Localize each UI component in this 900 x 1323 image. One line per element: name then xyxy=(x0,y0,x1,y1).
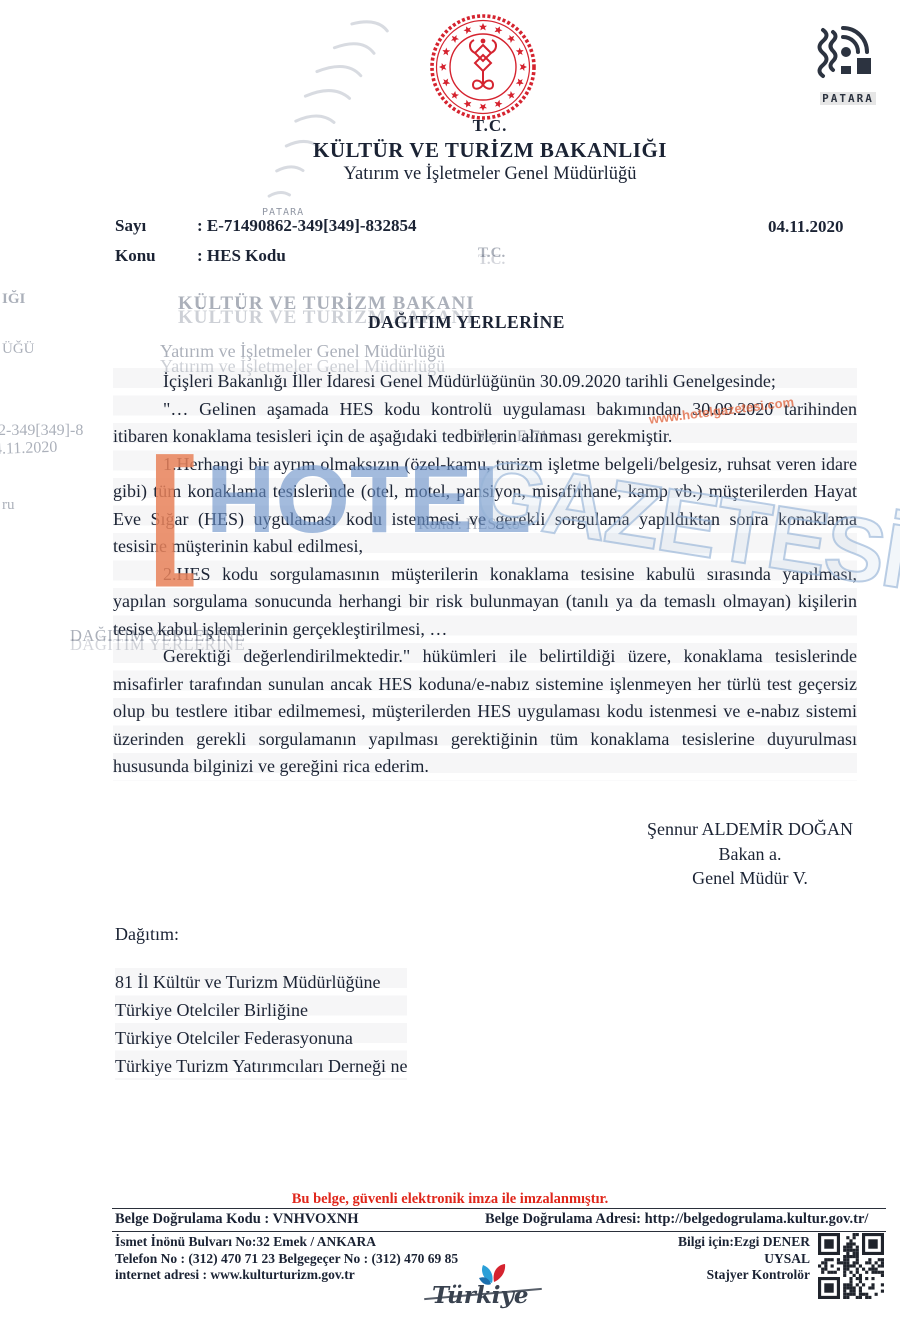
distribution-item: Türkiye Otelciler Federasyonuna xyxy=(115,1024,407,1052)
website-link[interactable]: internet adresi : www.kulturturizm.gov.t… xyxy=(115,1267,458,1284)
ghost-text: 04.11.2020 xyxy=(0,439,58,459)
verification-code: Belge Doğrulama Kodu : VNHVOXNH xyxy=(115,1211,485,1228)
sayi-value: : E-71490862-349[349]-832854 xyxy=(197,216,417,236)
department-title: Yatırım ve İşletmeler Genel Müdürlüğü xyxy=(0,164,900,185)
address-line: İsmet İnönü Bulvarı No:32 Emek / ANKARA xyxy=(115,1234,458,1251)
paragraph: İçişleri Bakanlığı İller İdaresi Genel M… xyxy=(113,368,857,396)
distribution-list: 81 İl Kültür ve Turizm Müdürlüğüne Türki… xyxy=(115,968,407,1080)
document-date: 04.11.2020 xyxy=(768,217,844,237)
esignature-note: Bu belge, güvenli elektronik imza ile im… xyxy=(0,1191,900,1208)
verification-row: Belge Doğrulama Kodu : VNHVOXNH Belge Do… xyxy=(115,1211,885,1228)
qr-code xyxy=(818,1233,884,1299)
ministry-title: KÜLTÜR VE TURİZM BAKANLIĞI xyxy=(0,138,900,163)
distribution-item: Türkiye Turizm Yatırımcıları Derneği ne xyxy=(115,1052,407,1080)
sayi-row: Sayı : E-71490862-349[349]-832854 xyxy=(115,216,417,236)
ministry-seal-icon xyxy=(428,12,538,122)
contact-line: UYSAL xyxy=(560,1251,810,1268)
paragraph: "… Gelinen aşamada HES kodu kontrolü uyg… xyxy=(113,396,857,451)
patara-mark-icon xyxy=(813,22,883,84)
contact-line: Stajyer Kontrolör xyxy=(560,1267,810,1284)
patara-label: PATARA xyxy=(820,92,876,105)
ghost-text: IĞI xyxy=(2,291,25,308)
verification-address-link[interactable]: Belge Doğrulama Adresi: http://belgedogr… xyxy=(485,1211,868,1228)
signer-title2: Genel Müdür V. xyxy=(612,866,888,891)
recipient-line: DAĞITIM YERLERİNE xyxy=(368,312,565,333)
signer-name: Şennur ALDEMİR DOĞAN xyxy=(612,817,888,842)
sayi-label: Sayı xyxy=(115,216,197,236)
signer-title1: Bakan a. xyxy=(612,842,888,867)
distribution-item: Türkiye Otelciler Birliğine xyxy=(115,996,407,1024)
ghost-text: 490862-349[349]-8 xyxy=(0,422,83,440)
distribution-item: 81 İl Kültür ve Turizm Müdürlüğüne xyxy=(115,968,407,996)
paragraph: 2.HES kodu sorgulamasının müşterilerin k… xyxy=(113,561,857,644)
konu-label: Konu xyxy=(115,246,197,266)
republic-label: T.C. xyxy=(0,116,900,136)
address-line: Telefon No : (312) 470 71 23 Belgegeçer … xyxy=(115,1251,458,1268)
turkiye-logo: Türkiye xyxy=(418,1262,558,1320)
address-block: İsmet İnönü Bulvarı No:32 Emek / ANKARA … xyxy=(115,1234,458,1284)
footer-divider xyxy=(112,1231,886,1232)
distribution-label: Dağıtım: xyxy=(115,924,179,945)
konu-value: : HES Kodu xyxy=(197,246,286,266)
paragraph: Gerektiği değerlendirilmektedir." hüküml… xyxy=(113,643,857,781)
body-text: İçişleri Bakanlığı İller İdaresi Genel M… xyxy=(113,368,857,781)
ghost-text: Yatırım ve İşletmeler Genel Müdürlüğü xyxy=(160,341,445,362)
footer-divider xyxy=(112,1208,886,1209)
contact-line: Bilgi için:Ezgi DENER xyxy=(560,1234,810,1251)
paragraph: 1.Herhangi bir ayrım olmaksızın (özel-ka… xyxy=(113,451,857,561)
ghost-text: T.C. xyxy=(478,245,505,262)
ghost-text: ÜĞÜ xyxy=(2,341,35,358)
signature-block: Şennur ALDEMİR DOĞAN Bakan a. Genel Müdü… xyxy=(612,817,888,891)
document-page: PATARA T.C. KÜLTÜR VE TURİZM BAKANLIĞI Y… xyxy=(0,0,900,1323)
contact-block: Bilgi için:Ezgi DENER UYSAL Stajyer Kont… xyxy=(560,1234,810,1284)
konu-row: Konu : HES Kodu xyxy=(115,246,286,266)
ghost-text: ru xyxy=(2,497,15,514)
patara-logo: PATARA xyxy=(810,22,886,107)
